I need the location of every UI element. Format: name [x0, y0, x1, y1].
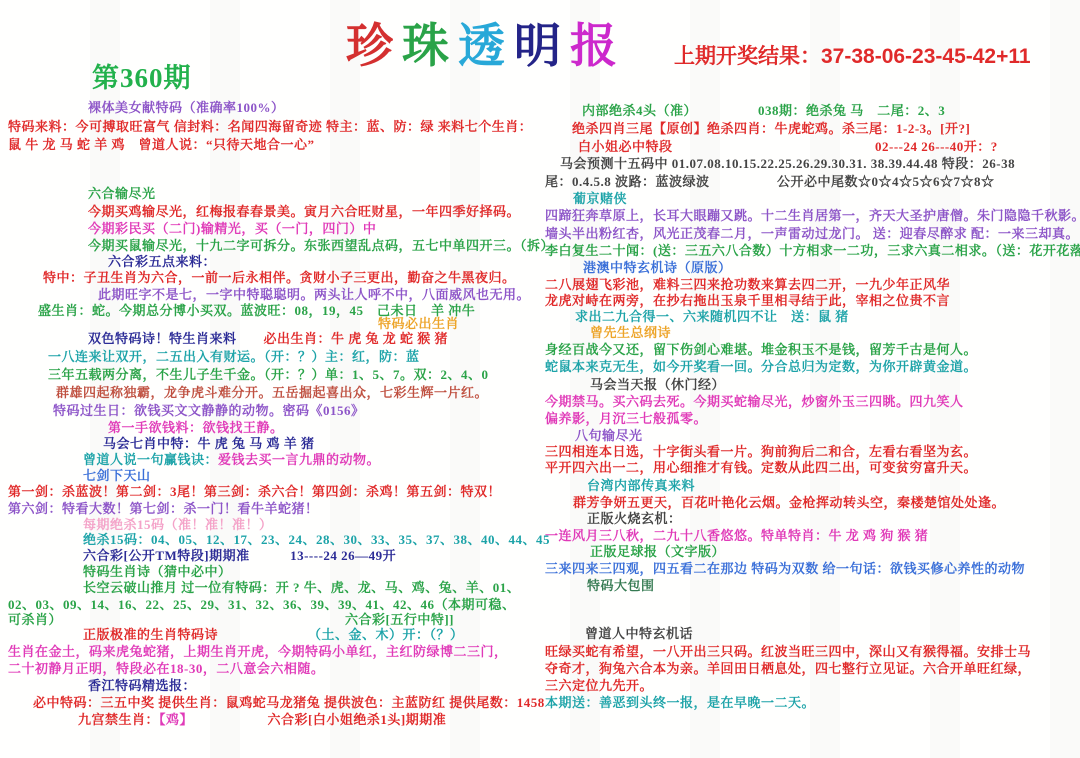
text-segment: 正版足球报（文字版） [590, 544, 725, 559]
text-line: 马会当天报（休门经） [590, 377, 725, 392]
text-segment: 葡京赌侠 [573, 191, 627, 206]
text-segment: 三四相连本日选，十字街头看一片。狗前狗后二和合，左看右看坚为玄。 [545, 444, 977, 459]
text-segment: 群芳争妍五更天，百花叶艳化云烟。金枪挥动转头空，秦楼楚馆处处逢。 [573, 495, 1005, 510]
text-segment: 二八展翅飞彩池，难料三四来抢功数来算去四二开，一九少年正风华 [545, 277, 950, 292]
text-line: 六合彩[公开TM特段]期期准 13----24 26—49开 [83, 548, 396, 563]
text-segment: 内部绝杀4头（准） 038期：绝杀兔 马 二尾：2、3 [582, 103, 945, 118]
text-segment: 六合彩五点来料： [108, 254, 216, 269]
text-segment: 可杀肖） [8, 612, 62, 627]
text-line: 夺奇才，狗兔六合本为亲。羊回田日栖息处，四七整行立见证。六合开单旺红绿， [545, 661, 1031, 676]
text-segment: 港澳中特玄机诗（原版） [583, 260, 732, 275]
text-line: 02---24 26---40开：? [875, 139, 998, 154]
text-line: 正版火烧玄机： [587, 511, 682, 526]
text-segment: 马会当天报（休门经） [590, 377, 725, 392]
text-segment: 平开四六出一二，用心细推才有钱。定数从此四二出，可变贫穷富升天。 [545, 460, 977, 475]
newspaper-page: 第360期 珍珠透明报 上期开奖结果：37-38-06-23-45-42+11 … [0, 0, 1080, 758]
text-line: 今期买鼠输尽光，十九二字可拆分。东张西望乱点码，五七中单四开三。（拆） [88, 238, 554, 253]
text-line: 特码过生日：欲钱买文文静静的动物。密码《0156》 [53, 403, 365, 418]
text-segment: （土、金、木）开：（？） [308, 627, 464, 642]
text-line: 此期旺字不是七，一字中特聪聪明。两头让人呼不中，八面威风也无用。 [98, 287, 530, 302]
text-line: 三六定位九先开。 [545, 678, 653, 693]
text-segment: 九宫禁生肖： [78, 712, 159, 727]
text-segment: 特码必出生肖 [378, 316, 459, 331]
text-line: 今期禁马。买六码去死。今期买蛇输尽光，炒窗外玉三四眺。四九笑人 [545, 394, 964, 409]
text-line: 七剑下天山 [83, 468, 151, 483]
text-line: 双色特码诗！特生肖来料 必出生肖：牛 虎 兔 龙 蛇 猴 猪 [88, 331, 448, 346]
text-segment: 特码生肖诗（猜中必中） [83, 564, 232, 579]
text-segment: 绝杀四肖三尾【原创】绝杀四肖：牛虎蛇鸡。杀三尾：1-2-3。[开?] [572, 121, 970, 136]
text-segment: 绝杀15码：04、05、12、17、23、24、28、30、33、35、37、3… [83, 532, 550, 547]
text-line: 一连风月三八秋，二九十八香悠悠。特单特肖：牛 龙 鸡 狗 猴 猪 [545, 528, 928, 543]
text-segment: 生肖在金土，码来虎兔蛇猪，上期生肖开虎，今期特码小单红，主红防绿博二三门， [8, 644, 508, 659]
text-segment: 02、03、09、14、16、22、25、29、31、32、36、39、39、4… [8, 597, 516, 612]
text-line: 尾：0.4.5.8 波路：蓝波绿波 公开必中尾数☆0☆4☆5☆6☆7☆8☆ [545, 174, 995, 189]
right-column: 内部绝杀4头（准） 038期：绝杀兔 马 二尾：2、3绝杀四肖三尾【原创】绝杀四… [545, 0, 1077, 758]
text-segment: 曾道人说一句赢钱诀： [83, 452, 218, 467]
text-segment: 偏养影，月沉三七般孤零。 [545, 411, 707, 426]
text-line: 八句输尽光 [575, 428, 643, 443]
text-line: 白小姐必中特段 [578, 139, 673, 154]
text-segment: 必中特码：三五中奖 提供生肖：鼠鸡蛇马龙猪兔 提供波色：主蓝防红 提供尾数：14… [33, 695, 545, 710]
text-line: 二八展翅飞彩池，难料三四来抢功数来算去四二开，一九少年正风华 [545, 277, 950, 292]
text-line: 第六剑：特看大数！第七剑：杀一门！看牛羊蛇猪！ [8, 501, 319, 516]
text-segment: 蛇鼠本来克无生，如今开奖看一回。分合总归为定数，为你开辟黄金道。 [545, 359, 977, 374]
text-segment: 每期绝杀15码（准！准！准！） [83, 517, 273, 532]
text-line: 特码必出生肖 [378, 316, 459, 331]
text-line: 群雄四起称独霸，龙争虎斗难分开。五岳掘起喜出众，七彩生辉一片红。 [56, 385, 488, 400]
text-line: 曾先生总纲诗 [590, 325, 671, 340]
text-segment: 02---24 26---40开：? [875, 139, 998, 154]
text-line: 三来四来三四观，四五看二在那边 特码为双数 给一句话：欲钱买修心养性的动物 [545, 561, 1025, 576]
text-line: 身经百战今又还，留下伤剑心难堪。堆金积玉不是钱，留芳千古是何人。 [545, 342, 977, 357]
text-segment: 第一剑：杀蓝波！第二剑：3尾！第三剑：杀六合！第四剑：杀鸡！第五剑：特双！ [8, 484, 501, 499]
text-line: 本期送：善恶到头终一报，是在早晚一二天。 [545, 695, 815, 710]
text-line: 曾道人中特玄机话 [585, 626, 693, 641]
text-line: 旺绿买蛇有希望，一八开出三只码。红波当旺三四中，深山又有猴得福。安排士马 [545, 644, 1031, 659]
text-line: 曾道人说一句赢钱诀：爱钱去买一言九鼎的动物。 [83, 452, 380, 467]
text-segment: 正版极准的生肖特码诗 [83, 627, 218, 642]
text-segment: 今期禁马。买六码去死。今期买蛇输尽光，炒窗外玉三四眺。四九笑人 [545, 394, 964, 409]
text-segment: 曾先生总纲诗 [590, 325, 671, 340]
text-segment: 三年五载两分离，不生儿子生千金。（开：？）单：1、5、7。双：2、4、0 [48, 367, 489, 382]
text-segment: 求出二九合得一、六来随机四不让 送：鼠 猪 [575, 309, 849, 324]
text-segment: 六合彩[五行中特]] [345, 612, 454, 627]
text-segment: 曾道人中特玄机话 [585, 626, 693, 641]
text-line: 偏养影，月沉三七般孤零。 [545, 411, 707, 426]
text-line: 绝杀15码：04、05、12、17、23、24、28、30、33、35、37、3… [83, 532, 550, 547]
text-segment: 旺绿买蛇有希望，一八开出三只码。红波当旺三四中，深山又有猴得福。安排士马 [545, 644, 1031, 659]
text-segment [187, 712, 268, 727]
text-line: 正版极准的生肖特码诗 [83, 627, 218, 642]
text-line: 02、03、09、14、16、22、25、29、31、32、36、39、39、4… [8, 597, 516, 612]
text-segment: 必出生肖：牛 虎 兔 龙 蛇 猴 猪 [237, 331, 449, 346]
text-segment: 马会七肖中特：牛 虎 兔 马 鸡 羊 猪 [103, 436, 315, 451]
text-segment: 本期送：善恶到头终一报，是在早晚一二天。 [545, 695, 815, 710]
text-line: 龙虎对峙在两旁，在抄右拖出玉泉千里相寻结于此，宰相之位贵不言 [545, 293, 950, 308]
text-line: 马会七肖中特：牛 虎 兔 马 鸡 羊 猪 [103, 436, 315, 451]
text-segment: 三来四来三四观，四五看二在那边 特码为双数 给一句话：欲钱买修心养性的动物 [545, 561, 1025, 576]
text-line: 今期买鸡输尽光，红梅报春春景美。寅月六合旺财星，一年四季好择码。 [88, 204, 520, 219]
text-line: 九宫禁生肖：【鸡】 六合彩[白小姐绝杀1头]期期准 [78, 712, 446, 727]
text-line: （土、金、木）开：（？） [308, 627, 464, 642]
text-line: 第一手欲钱料：欲钱找王静。 [108, 420, 284, 435]
text-line: 六合彩[五行中特]] [345, 612, 454, 627]
text-line: 香江特码精选报： [88, 678, 196, 693]
text-segment: 四蹄狂奔草原上，长耳大眼蹦又跳。十二生肖居第一，齐天大圣护唐僧。朱门隐隐千秋影。 [545, 208, 1080, 223]
text-line: 台湾内部传真来料 [587, 478, 695, 493]
text-line: 每期绝杀15码（准！准！准！） [83, 517, 273, 532]
text-segment: 长空云破山推月 过一位有特码：开 ? 牛、虎、龙、马、鸡、兔、羊、01、 [83, 580, 520, 595]
text-line: 六合彩五点来料： [108, 254, 216, 269]
text-segment: 正版火烧玄机： [587, 511, 682, 526]
text-segment: 三六定位九先开。 [545, 678, 653, 693]
text-line: 一八连来让双开，二五出入有财运。（开：？）主：红，防：蓝 [48, 349, 420, 364]
text-segment: 特码大包围 [587, 578, 655, 593]
text-segment: 夺奇才，狗兔六合本为亲。羊回田日栖息处，四七整行立见证。六合开单旺红绿， [545, 661, 1031, 676]
text-line: 裸体美女献特码（准确率100%） [88, 100, 285, 115]
text-segment: 李白复生二十闻：(送：三五六八合数）十方相求一二功，三求六真二相求。（送：花开花… [545, 243, 1080, 258]
text-segment: 白小姐必中特段 [578, 139, 673, 154]
text-line: 港澳中特玄机诗（原版） [583, 260, 732, 275]
text-segment: 六合彩[白小姐绝杀1头]期期准 [268, 712, 447, 727]
text-line: 葡京赌侠 [573, 191, 627, 206]
text-segment: 身经百战今又还，留下伤剑心难堪。堆金积玉不是钱，留芳千古是何人。 [545, 342, 977, 357]
text-line: 必中特码：三五中奖 提供生肖：鼠鸡蛇马龙猪兔 提供波色：主蓝防红 提供尾数：14… [33, 695, 545, 710]
text-segment: 双色特码诗！特生肖来料 [88, 331, 237, 346]
text-line: 二十初静月正明，特段必在18-30，二八意会六相随。 [8, 661, 324, 676]
text-segment: 特码来料：今可搏取旺富气 信封料：名闻四海留奇迹 特主：蓝、防：绿 来料七个生肖… [8, 119, 532, 134]
text-segment: 今期买鸡输尽光，红梅报春春景美。寅月六合旺财星，一年四季好择码。 [88, 204, 520, 219]
text-line: 特码生肖诗（猜中必中） [83, 564, 232, 579]
text-line: 平开四六出一二，用心细推才有钱。定数从此四二出，可变贫穷富升天。 [545, 460, 977, 475]
text-segment: 八句输尽光 [575, 428, 643, 443]
text-segment: 六合彩[公开TM特段]期期准 13----24 26—49开 [83, 548, 396, 563]
text-segment: 七剑下天山 [83, 468, 151, 483]
text-segment: 今期买鼠输尽光，十九二字可拆分。东张西望乱点码，五七中单四开三。（拆） [88, 238, 554, 253]
text-segment: 第六剑：特看大数！第七剑：杀一门！看牛羊蛇猪！ [8, 501, 319, 516]
text-line: 特码大包围 [587, 578, 655, 593]
text-line: 李白复生二十闻：(送：三五六八合数）十方相求一二功，三求六真二相求。（送：花开花… [545, 243, 1080, 258]
text-line: 特中：子丑生肖为六合，一前一后永相伴。贪财小子三更出，勤奋之牛黑夜归。 [43, 270, 516, 285]
text-line: 可杀肖） [8, 612, 62, 627]
text-segment: 六合输尽光 [88, 186, 156, 201]
text-segment: 今期彩民买（二门)输精光，买（一门，四门）中 [88, 221, 376, 236]
text-segment: 二十初静月正明，特段必在18-30，二八意会六相随。 [8, 661, 324, 676]
text-segment: 墙头半出粉红杏，风光正茂春二月，一声雷动过龙门。 送：迎春尽醉求 配：一来三却真… [545, 226, 1079, 241]
text-segment: 特码过生日：欲钱买文文静静的动物。密码《0156》 [53, 403, 365, 418]
text-line: 内部绝杀4头（准） 038期：绝杀兔 马 二尾：2、3 [582, 103, 945, 118]
text-line: 今期彩民买（二门)输精光，买（一门，四门）中 [88, 221, 376, 236]
text-line: 三四相连本日选，十字街头看一片。狗前狗后二和合，左看右看坚为玄。 [545, 444, 977, 459]
text-segment: 【鸡】 [159, 712, 187, 727]
text-segment: 尾：0.4.5.8 波路：蓝波绿波 公开必中尾数☆0☆4☆5☆6☆7☆8☆ [545, 174, 995, 189]
text-line: 特码来料：今可搏取旺富气 信封料：名闻四海留奇迹 特主：蓝、防：绿 来料七个生肖… [8, 119, 532, 134]
text-segment: 龙虎对峙在两旁，在抄右拖出玉泉千里相寻结于此，宰相之位贵不言 [545, 293, 950, 308]
text-line: 墙头半出粉红杏，风光正茂春二月，一声雷动过龙门。 送：迎春尽醉求 配：一来三却真… [545, 226, 1079, 241]
text-segment: 马会预测十五码中 01.07.08.10.15.22.25.26.29.30.3… [560, 156, 1015, 171]
text-line: 长空云破山推月 过一位有特码：开 ? 牛、虎、龙、马、鸡、兔、羊、01、 [83, 580, 520, 595]
text-segment: 特中：子丑生肖为六合，一前一后永相伴。贪财小子三更出，勤奋之牛黑夜归。 [43, 270, 516, 285]
text-line: 求出二九合得一、六来随机四不让 送：鼠 猪 [575, 309, 849, 324]
text-segment: 此期旺字不是七，一字中特聪聪明。两头让人呼不中，八面威风也无用。 [98, 287, 530, 302]
text-line: 正版足球报（文字版） [590, 544, 725, 559]
text-line: 马会预测十五码中 01.07.08.10.15.22.25.26.29.30.3… [560, 156, 1015, 171]
text-line: 六合输尽光 [88, 186, 156, 201]
left-column: 裸体美女献特码（准确率100%）特码来料：今可搏取旺富气 信封料：名闻四海留奇迹… [8, 0, 540, 758]
text-segment: 一八连来让双开，二五出入有财运。（开：？）主：红，防：蓝 [48, 349, 420, 364]
text-segment: 台湾内部传真来料 [587, 478, 695, 493]
text-line: 四蹄狂奔草原上，长耳大眼蹦又跳。十二生肖居第一，齐天大圣护唐僧。朱门隐隐千秋影。 [545, 208, 1080, 223]
text-segment: 第一手欲钱料：欲钱找王静。 [108, 420, 284, 435]
text-line: 三年五载两分离，不生儿子生千金。（开：？）单：1、5、7。双：2、4、0 [48, 367, 489, 382]
text-line: 绝杀四肖三尾【原创】绝杀四肖：牛虎蛇鸡。杀三尾：1-2-3。[开?] [572, 121, 970, 136]
text-segment: 裸体美女献特码（准确率100%） [88, 100, 285, 115]
text-line: 蛇鼠本来克无生，如今开奖看一回。分合总归为定数，为你开辟黄金道。 [545, 359, 977, 374]
text-segment: 爱钱去买一言九鼎的动物。 [218, 452, 380, 467]
text-line: 鼠 牛 龙 马 蛇 羊 鸡 曾道人说：“只待天地合一心” [8, 137, 315, 152]
text-segment: 群雄四起称独霸，龙争虎斗难分开。五岳掘起喜出众，七彩生辉一片红。 [56, 385, 488, 400]
text-line: 群芳争妍五更天，百花叶艳化云烟。金枪挥动转头空，秦楼楚馆处处逢。 [573, 495, 1005, 510]
text-segment: 香江特码精选报： [88, 678, 196, 693]
text-segment: 鼠 牛 龙 马 蛇 羊 鸡 曾道人说：“只待天地合一心” [8, 137, 315, 152]
text-line: 生肖在金土，码来虎兔蛇猪，上期生肖开虎，今期特码小单红，主红防绿博二三门， [8, 644, 508, 659]
text-line: 第一剑：杀蓝波！第二剑：3尾！第三剑：杀六合！第四剑：杀鸡！第五剑：特双！ [8, 484, 501, 499]
text-segment: 一连风月三八秋，二九十八香悠悠。特单特肖：牛 龙 鸡 狗 猴 猪 [545, 528, 928, 543]
